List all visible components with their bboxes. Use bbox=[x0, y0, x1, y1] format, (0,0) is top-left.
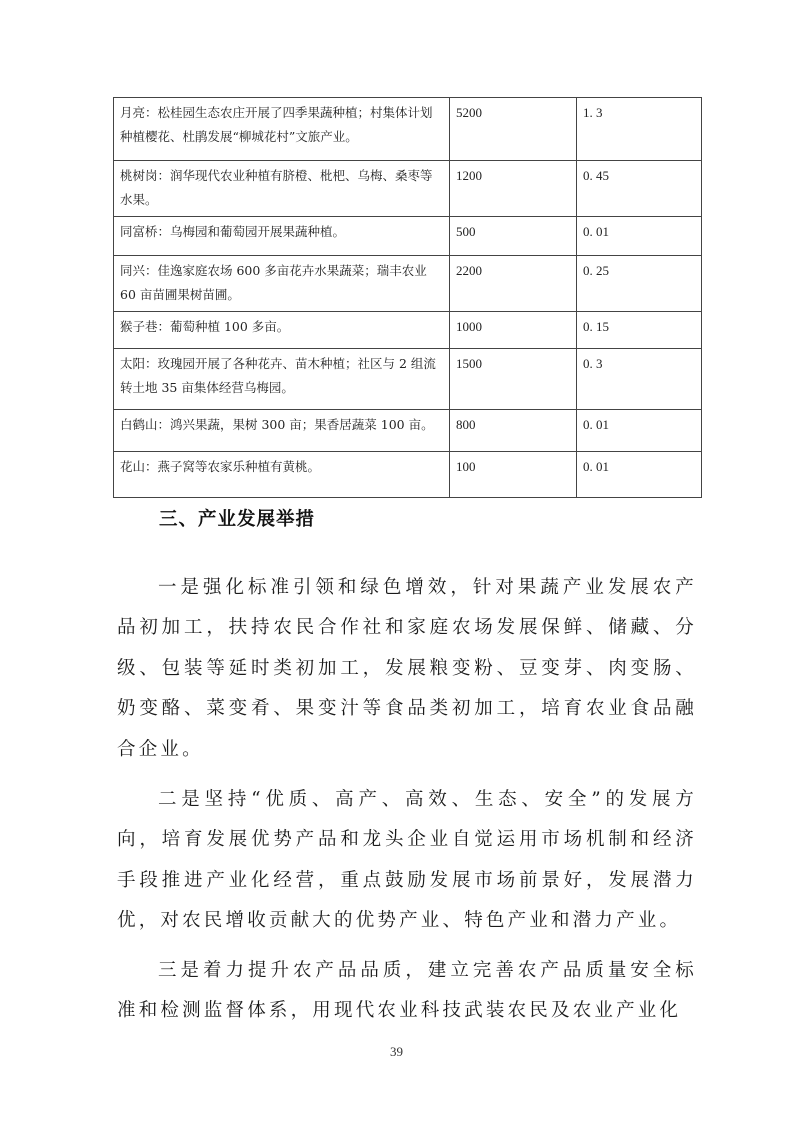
row-value: 0. 25 bbox=[577, 256, 702, 312]
row-description: 花山：燕子窝等农家乐种植有黄桃。 bbox=[114, 452, 450, 498]
paragraph-2: 二是坚持“优质、高产、高效、生态、安全”的发展方向，培育发展优势产品和龙头企业自… bbox=[117, 780, 697, 942]
table-row: 桃树岗：润华现代农业种植有脐橙、枇杷、乌梅、桑枣等水果。 1200 0. 45 bbox=[114, 161, 702, 217]
row-value: 0. 15 bbox=[577, 312, 702, 349]
table-row: 太阳：玫瑰园开展了各种花卉、苗木种植；社区与 2 组流转土地 35 亩集体经营乌… bbox=[114, 349, 702, 410]
table-row: 白鹤山：鸿兴果蔬，果树 300 亩；果香居蔬菜 100 亩。 800 0. 01 bbox=[114, 410, 702, 452]
row-description: 月亮：松桂园生态农庄开展了四季果蔬种植；村集体计划种植樱花、杜鹃发展“柳城花村”… bbox=[114, 98, 450, 161]
row-value: 0. 01 bbox=[577, 410, 702, 452]
village-industry-table: 月亮：松桂园生态农庄开展了四季果蔬种植；村集体计划种植樱花、杜鹃发展“柳城花村”… bbox=[113, 97, 702, 498]
table-row: 同富桥：乌梅园和葡萄园开展果蔬种植。 500 0. 01 bbox=[114, 217, 702, 256]
row-area: 1000 bbox=[450, 312, 577, 349]
table-row: 同兴：佳逸家庭农场 600 多亩花卉水果蔬菜；瑞丰农业 60 亩苗圃果树苗圃。 … bbox=[114, 256, 702, 312]
row-value: 0. 01 bbox=[577, 452, 702, 498]
row-area: 800 bbox=[450, 410, 577, 452]
row-area: 500 bbox=[450, 217, 577, 256]
row-value: 1. 3 bbox=[577, 98, 702, 161]
row-area: 5200 bbox=[450, 98, 577, 161]
row-value: 0. 01 bbox=[577, 217, 702, 256]
paragraph-3: 三是着力提升农产品品质，建立完善农产品质量安全标准和检测监督体系，用现代农业科技… bbox=[117, 951, 697, 1032]
row-description: 太阳：玫瑰园开展了各种花卉、苗木种植；社区与 2 组流转土地 35 亩集体经营乌… bbox=[114, 349, 450, 410]
paragraph-1: 一是强化标准引领和绿色增效，针对果蔬产业发展农产品初加工，扶持农民合作社和家庭农… bbox=[117, 568, 697, 771]
document-page: 月亮：松桂园生态农庄开展了四季果蔬种植；村集体计划种植樱花、杜鹃发展“柳城花村”… bbox=[0, 0, 793, 1122]
row-description: 猴子巷：葡萄种植 100 多亩。 bbox=[114, 312, 450, 349]
row-value: 0. 45 bbox=[577, 161, 702, 217]
table-row: 猴子巷：葡萄种植 100 多亩。 1000 0. 15 bbox=[114, 312, 702, 349]
table-row: 花山：燕子窝等农家乐种植有黄桃。 100 0. 01 bbox=[114, 452, 702, 498]
page-number: 39 bbox=[0, 1044, 793, 1060]
row-area: 2200 bbox=[450, 256, 577, 312]
table-row: 月亮：松桂园生态农庄开展了四季果蔬种植；村集体计划种植樱花、杜鹃发展“柳城花村”… bbox=[114, 98, 702, 161]
row-description: 白鹤山：鸿兴果蔬，果树 300 亩；果香居蔬菜 100 亩。 bbox=[114, 410, 450, 452]
row-description: 桃树岗：润华现代农业种植有脐橙、枇杷、乌梅、桑枣等水果。 bbox=[114, 161, 450, 217]
row-description: 同兴：佳逸家庭农场 600 多亩花卉水果蔬菜；瑞丰农业 60 亩苗圃果树苗圃。 bbox=[114, 256, 450, 312]
row-area: 1500 bbox=[450, 349, 577, 410]
section-heading: 三、产业发展举措 bbox=[159, 505, 315, 531]
row-description: 同富桥：乌梅园和葡萄园开展果蔬种植。 bbox=[114, 217, 450, 256]
row-value: 0. 3 bbox=[577, 349, 702, 410]
row-area: 100 bbox=[450, 452, 577, 498]
row-area: 1200 bbox=[450, 161, 577, 217]
